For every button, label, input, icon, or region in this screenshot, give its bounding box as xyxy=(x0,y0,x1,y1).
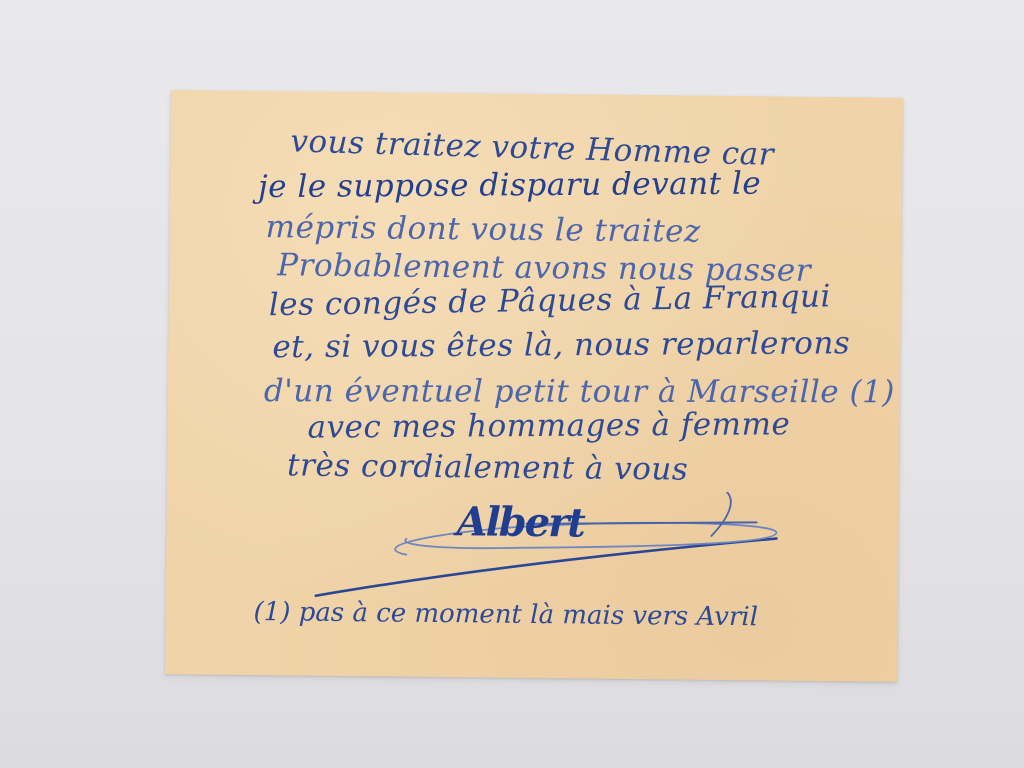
letter-line-2: je le suppose disparu devant le xyxy=(258,166,761,206)
letter-line-3: mépris dont vous le traitez xyxy=(265,209,701,250)
letter-line-8: avec mes hommages à femme xyxy=(307,406,790,445)
footnote: (1) pas à ce moment là mais vers Avril xyxy=(253,597,758,632)
letter-line-6: et, si vous êtes là, nous reparlerons xyxy=(272,325,850,365)
letter-paper: vous traitez votre Homme car je le suppo… xyxy=(165,90,903,682)
letter-line-5: les congés de Pâques à La Franqui xyxy=(269,278,832,323)
letter-line-7: d'un éventuel petit tour à Marseille (1) xyxy=(264,373,895,410)
signature: Albert xyxy=(456,498,584,546)
letter-line-9: très cordialement à vous xyxy=(287,447,688,487)
